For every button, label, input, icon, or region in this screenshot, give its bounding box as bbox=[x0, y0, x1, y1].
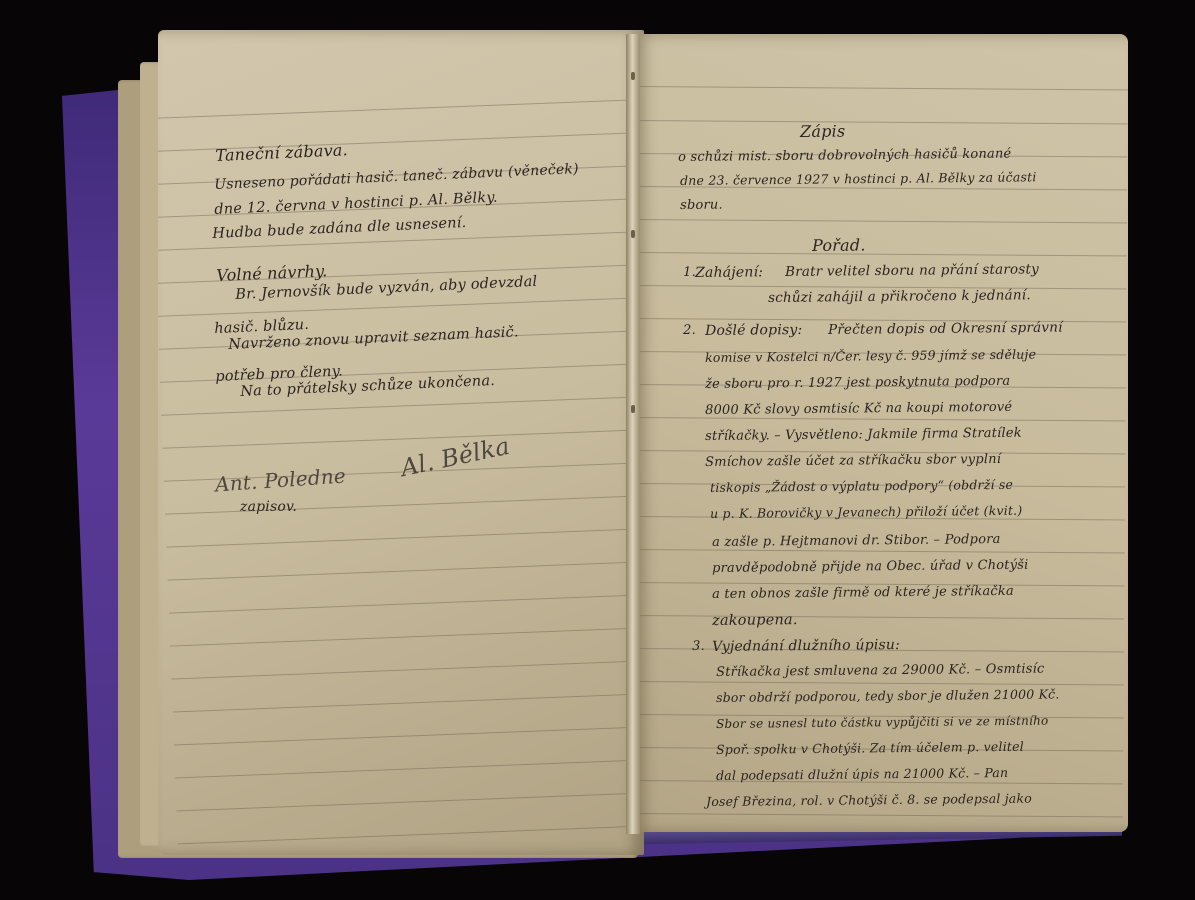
item-line: Stříkačka jest smluvena za 29000 Kč. – O… bbox=[716, 663, 1045, 679]
binding-stitch bbox=[631, 72, 635, 80]
item-line: Sbor se usnesl tuto částku vypůjčiti si … bbox=[716, 715, 1048, 730]
item-number: 3. bbox=[692, 640, 705, 653]
item-line: Přečten dopis od Okresní správní bbox=[828, 322, 1063, 338]
item-line: zakoupena. bbox=[712, 613, 798, 628]
page-title: Zápis bbox=[800, 124, 845, 140]
item-line: pravděpodobně přijde na Obec. úřad v Cho… bbox=[712, 559, 1029, 575]
item-line: Bratr velitel sboru na přání starosty bbox=[785, 263, 1039, 279]
item-line: Smíchov zašle účet za stříkačku sbor vyp… bbox=[705, 453, 1001, 469]
item-line: a ten obnos zašle firmě od které je stří… bbox=[712, 585, 1014, 601]
item-line: Spoř. spolku v Chotýši. Za tím účelem p.… bbox=[716, 741, 1024, 757]
item-title: Zahájení: bbox=[695, 265, 763, 280]
item-line: dal podepsati dlužní úpis na 21000 Kč. –… bbox=[716, 767, 1008, 783]
item-line: že sboru pro r. 1927 jest poskytnuta pod… bbox=[705, 375, 1010, 391]
intro-line: o schůzi mist. sboru dobrovolných hasičů… bbox=[678, 148, 1011, 164]
item-title: Vyjednání dlužního úpisu: bbox=[712, 638, 900, 654]
recorder-title: zapisov. bbox=[240, 500, 297, 514]
item-line: schůzi zahájil a přikročeno k jednání. bbox=[768, 289, 1031, 305]
binding-stitch bbox=[631, 405, 635, 413]
item-line: stříkačky. – Vysvětleno: Jakmile firma S… bbox=[705, 427, 1022, 443]
photo-scene: Taneční zábava. Usneseno pořádati hasič.… bbox=[0, 0, 1195, 900]
item-line: a zašle p. Hejtmanovi dr. Stibor. – Podp… bbox=[712, 533, 1001, 549]
item-number: 2. bbox=[683, 324, 696, 337]
item-title: Došlé dopisy: bbox=[705, 323, 802, 338]
binding-stitch bbox=[631, 230, 635, 238]
item-line: u p. K. Borovičky v Jevanech) přiloží úč… bbox=[710, 505, 1022, 521]
item-number: 1. bbox=[683, 266, 696, 279]
item-line: tiskopis „Žádost o výplatu podpory“ (obd… bbox=[710, 479, 1013, 495]
agenda-heading: Pořad. bbox=[812, 237, 866, 254]
intro-line: sboru. bbox=[680, 199, 723, 212]
section-heading: Volné návrhy. bbox=[216, 263, 328, 284]
item-line: 8000 Kč slovy osmtisíc Kč na koupi motor… bbox=[705, 401, 1012, 417]
book-gutter bbox=[626, 34, 640, 834]
